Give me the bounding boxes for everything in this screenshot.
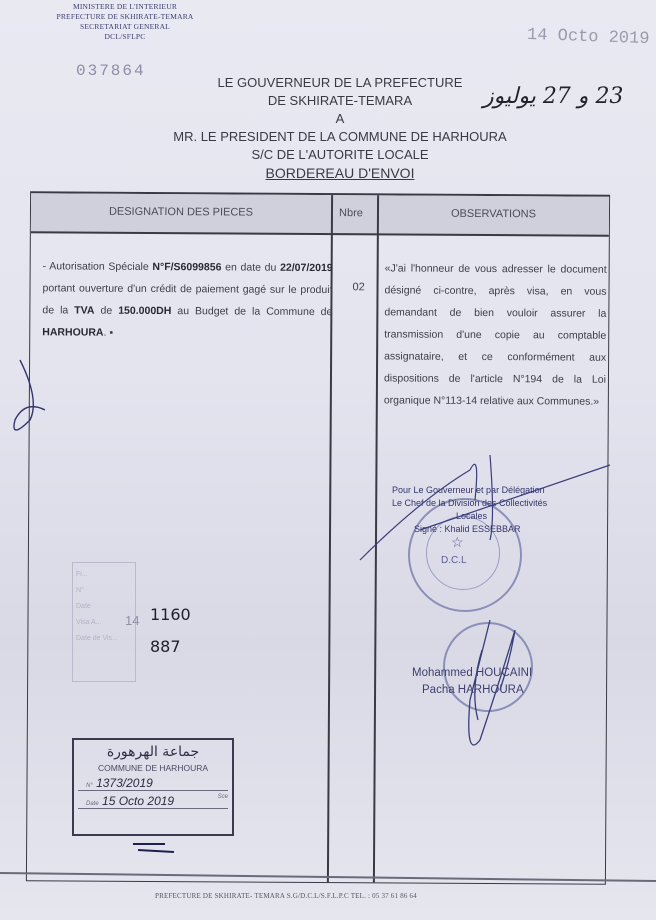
signature-strokes bbox=[0, 0, 656, 920]
footer-contact: PREFECTURE DE SKHIRATE- TEMARA S.G/D.C.L… bbox=[155, 892, 417, 900]
